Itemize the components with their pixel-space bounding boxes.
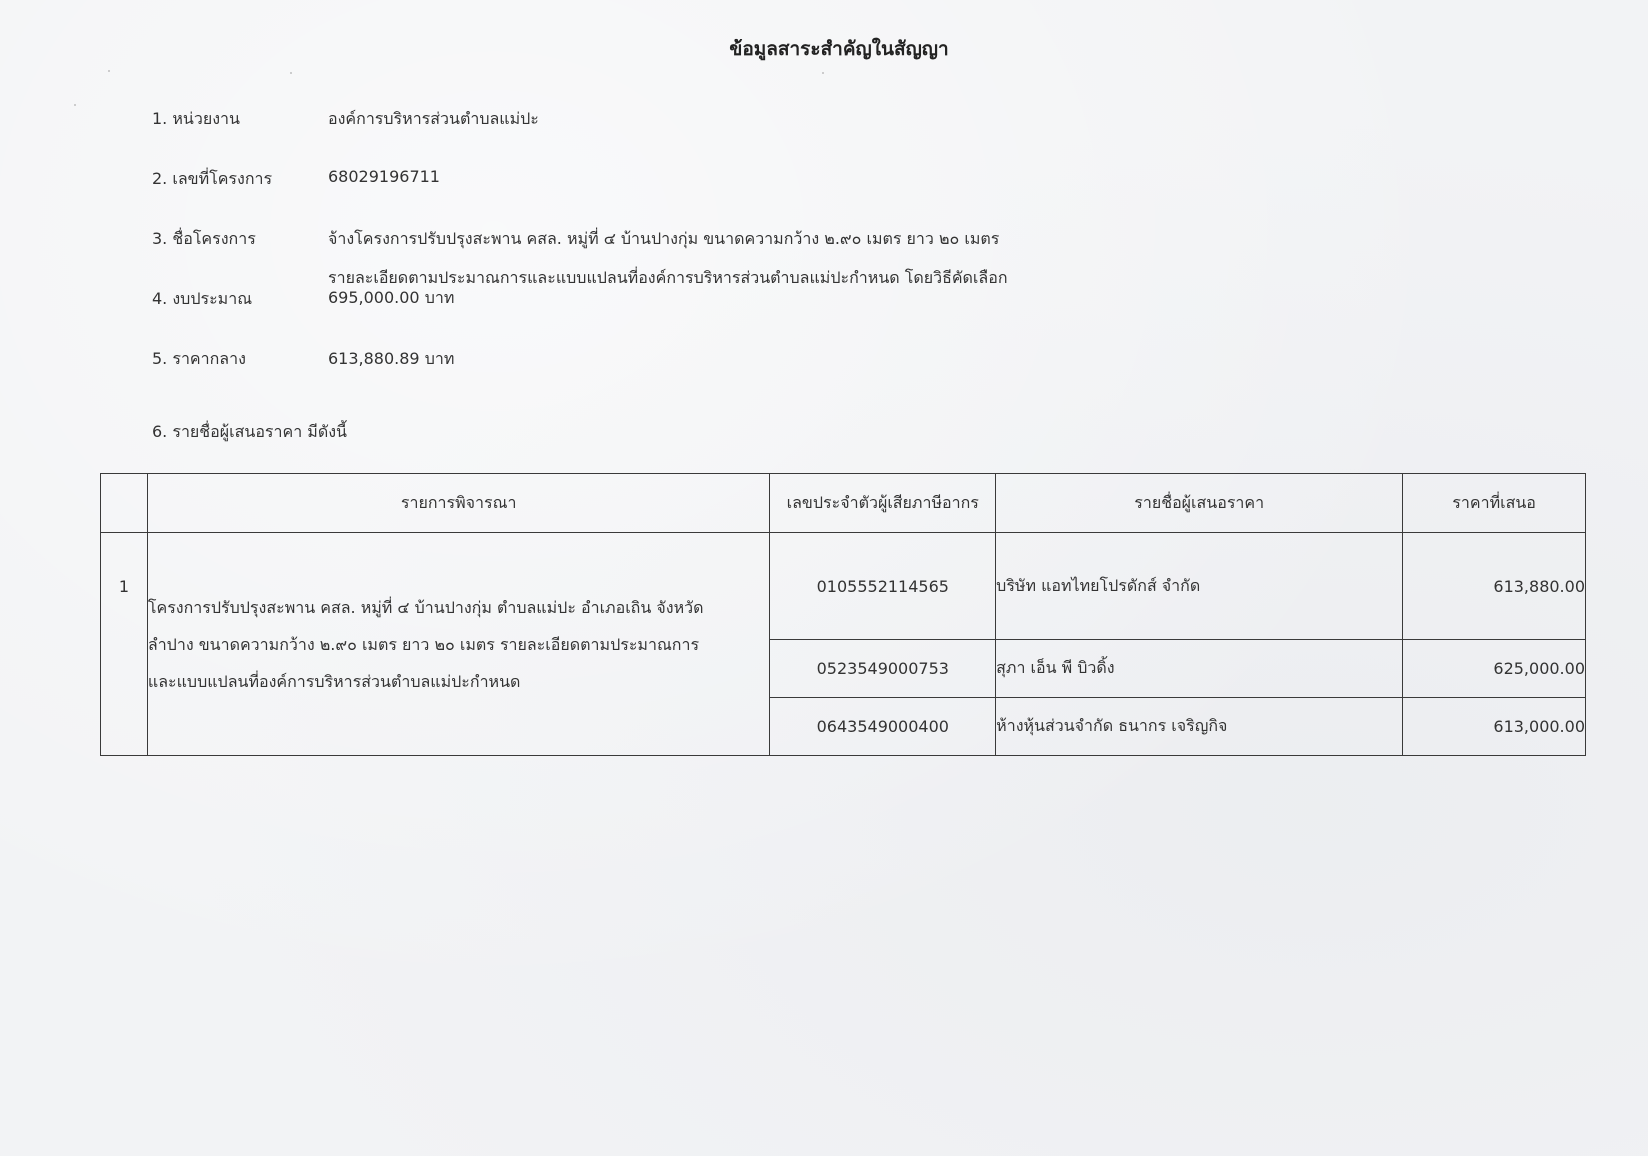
item-description-line: โครงการปรับปรุงสะพาน คสล. หมู่ที่ ๔ บ้าน… <box>148 589 770 626</box>
header-item: รายการพิจารณา <box>147 474 770 533</box>
field-value-budget: 695,000.00 บาท <box>328 286 454 311</box>
field-label-project-number: 2. เลขที่โครงการ <box>152 167 272 192</box>
scan-speck <box>74 104 76 106</box>
header-tax-id: เลขประจำตัวผู้เสียภาษีอากร <box>770 474 996 533</box>
item-description: โครงการปรับปรุงสะพาน คสล. หมู่ที่ ๔ บ้าน… <box>147 533 770 756</box>
table-row: 1 โครงการปรับปรุงสะพาน คสล. หมู่ที่ ๔ บ้… <box>101 533 1586 640</box>
field-value-project-name: จ้างโครงการปรับปรุงสะพาน คสล. หมู่ที่ ๔ … <box>328 227 999 252</box>
bidder-tax-id: 0105552114565 <box>770 533 996 640</box>
bidders-table: รายการพิจารณา เลขประจำตัวผู้เสียภาษีอากร… <box>100 473 1586 756</box>
document-page: ข้อมูลสาระสำคัญในสัญญา 1. หน่วยงาน องค์ก… <box>0 0 1648 1156</box>
header-bidder-name: รายชื่อผู้เสนอราคา <box>996 474 1403 533</box>
header-number <box>101 474 148 533</box>
item-number: 1 <box>101 533 148 756</box>
field-label-median-price: 5. ราคากลาง <box>152 347 246 372</box>
table-header-row: รายการพิจารณา เลขประจำตัวผู้เสียภาษีอากร… <box>101 474 1586 533</box>
field-label-bidder-list: 6. รายชื่อผู้เสนอราคา มีดังนี้ <box>152 420 347 445</box>
scan-speck <box>290 72 292 74</box>
bidder-price: 625,000.00 <box>1403 640 1586 698</box>
item-description-line: ลำปาง ขนาดความกว้าง ๒.๙๐ เมตร ยาว ๒๐ เมต… <box>148 626 770 663</box>
document-title: ข้อมูลสาระสำคัญในสัญญา <box>0 34 1648 64</box>
bidder-price: 613,000.00 <box>1403 698 1586 756</box>
field-label-agency: 1. หน่วยงาน <box>152 107 240 132</box>
scan-speck <box>108 70 110 72</box>
field-value-agency: องค์การบริหารส่วนตำบลแม่ปะ <box>328 107 539 132</box>
bidder-name: บริษัท แอทไทยโปรดักส์ จำกัด <box>996 533 1403 640</box>
bidder-name: สุภา เอ็น พี บิวดิ้ง <box>996 640 1403 698</box>
item-description-line: และแบบแปลนที่องค์การบริหารส่วนตำบลแม่ปะก… <box>148 663 770 700</box>
bidder-name: ห้างหุ้นส่วนจำกัด ธนากร เจริญกิจ <box>996 698 1403 756</box>
scan-speck <box>822 72 824 74</box>
bidder-tax-id: 0643549000400 <box>770 698 996 756</box>
field-label-budget: 4. งบประมาณ <box>152 287 252 312</box>
bidder-price: 613,880.00 <box>1403 533 1586 640</box>
field-value-median-price: 613,880.89 บาท <box>328 347 454 372</box>
field-value-project-number: 68029196711 <box>328 167 440 186</box>
field-label-project-name: 3. ชื่อโครงการ <box>152 227 256 252</box>
bidder-tax-id: 0523549000753 <box>770 640 996 698</box>
header-offered-price: ราคาที่เสนอ <box>1403 474 1586 533</box>
